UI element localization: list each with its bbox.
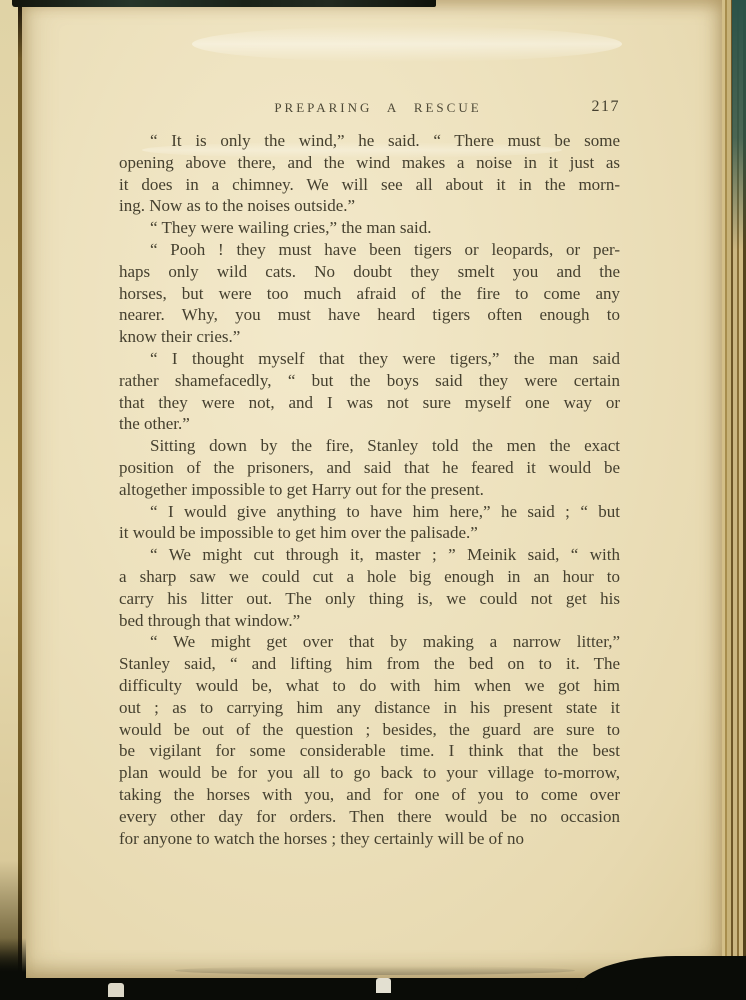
text-line: altogether impossible to get Harry out f… — [119, 479, 620, 501]
page-title: PREPARING A RESCUE — [118, 100, 622, 116]
page-number: 217 — [592, 98, 621, 116]
text-line: it does in a chimney. We will see all ab… — [119, 174, 620, 196]
text-line: Sitting down by the fire, Stanley told t… — [119, 435, 620, 457]
text-line: be vigilant for some considerable time. … — [119, 740, 620, 762]
text-line: difficulty would be, what to do with him… — [119, 675, 620, 697]
paragraph: “ We might cut through it, master ; ” Me… — [119, 544, 620, 631]
paragraph: “ They were wailing cries,” the man said… — [119, 217, 620, 239]
text-line: would be out of the question ; besides, … — [119, 719, 620, 741]
book-scan: PREPARING A RESCUE 217 “ It is only the … — [0, 0, 746, 1000]
text-block: “ It is only the wind,” he said. “ There… — [119, 130, 620, 849]
text-line: position of the prisoners, and said that… — [119, 457, 620, 479]
running-header: PREPARING A RESCUE 217 — [118, 98, 622, 116]
paragraph: “ Pooh ! they must have been tigers or l… — [119, 239, 620, 348]
text-line: every other day for orders. Then there w… — [119, 806, 620, 828]
paragraph: “ It is only the wind,” he said. “ There… — [119, 130, 620, 217]
text-line: “ We might cut through it, master ; ” Me… — [119, 544, 620, 566]
text-line: ing. Now as to the noises outside.” — [119, 195, 620, 217]
text-line: “ Pooh ! they must have been tigers or l… — [119, 239, 620, 261]
text-line: haps only wild cats. No doubt they smelt… — [119, 261, 620, 283]
text-line: opening above there, and the wind makes … — [119, 152, 620, 174]
text-line: that they were not, and I was not sure m… — [119, 392, 620, 414]
text-line: “ I would give anything to have him here… — [119, 501, 620, 523]
page-edge-tab — [376, 978, 391, 993]
text-line: know their cries.” — [119, 326, 620, 348]
text-line: “ They were wailing cries,” the man said… — [119, 217, 620, 239]
left-page-edge — [0, 0, 19, 978]
text-line: taking the horses with you, and for one … — [119, 784, 620, 806]
text-line: the other.” — [119, 413, 620, 435]
top-edge-shadow — [12, 0, 436, 7]
text-line: Stanley said, “ and lifting him from the… — [119, 653, 620, 675]
text-line: rather shamefacedly, “ but the boys said… — [119, 370, 620, 392]
text-line: out ; as to carrying him any distance in… — [119, 697, 620, 719]
text-line: “ It is only the wind,” he said. “ There… — [119, 130, 620, 152]
bottom-left-corner — [0, 938, 26, 1000]
paragraph: “ I would give anything to have him here… — [119, 501, 620, 545]
page-edge-tab — [108, 983, 124, 997]
text-line: nearer. Why, you must have heard tigers … — [119, 304, 620, 326]
text-line: “ I thought myself that they were tigers… — [119, 348, 620, 370]
paragraph: “ I thought myself that they were tigers… — [119, 348, 620, 435]
text-line: horses, but were too much afraid of the … — [119, 283, 620, 305]
text-line: for anyone to watch the horses ; they ce… — [119, 828, 620, 850]
text-line: it would be impossible to get him over t… — [119, 522, 620, 544]
paragraph: Sitting down by the fire, Stanley told t… — [119, 435, 620, 500]
teal-binding-edge — [732, 0, 746, 250]
paragraph: “ We might get over that by making a nar… — [119, 631, 620, 849]
bottom-shadow — [175, 966, 575, 975]
text-line: a sharp saw we could cut a hole big enou… — [119, 566, 620, 588]
text-line: bed through that window.” — [119, 610, 620, 632]
text-line: carry his litter out. The only thing is,… — [119, 588, 620, 610]
text-line: “ We might get over that by making a nar… — [119, 631, 620, 653]
text-line: plan would be for you all to go back to … — [119, 762, 620, 784]
